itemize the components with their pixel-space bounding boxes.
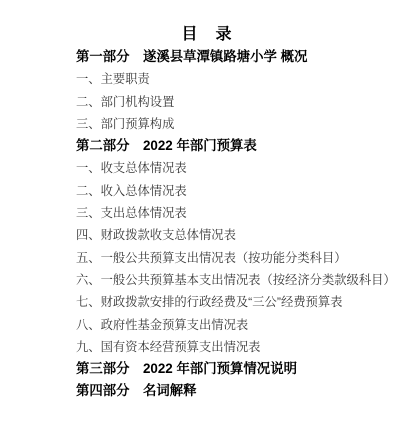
toc-section-heading: 第三部分 2022 年部门预算情况说明 <box>18 358 396 380</box>
toc-item: 九、国有资本经营预算支出情况表 <box>18 336 396 358</box>
toc-item: 一、收支总体情况表 <box>18 157 396 179</box>
document-page: 目 录 第一部分 遂溪县草潭镇路塘小学 概况一、主要职责二、部门机构设置三、部门… <box>0 0 408 423</box>
toc-list: 第一部分 遂溪县草潭镇路塘小学 概况一、主要职责二、部门机构设置三、部门预算构成… <box>18 46 396 403</box>
toc-section-heading: 第四部分 名词解释 <box>18 380 396 402</box>
page-title: 目 录 <box>18 25 396 44</box>
toc-item: 三、支出总体情况表 <box>18 202 396 224</box>
toc-section-heading: 第二部分 2022 年部门预算表 <box>18 135 396 157</box>
toc-item: 四、财政拨款收支总体情况表 <box>18 224 396 246</box>
toc-item: 六、一般公共预算基本支出情况表（按经济分类款级科目） <box>18 269 396 291</box>
toc-item: 一、主要职责 <box>18 68 396 90</box>
toc-item: 八、政府性基金预算支出情况表 <box>18 314 396 336</box>
toc-item: 二、部门机构设置 <box>18 91 396 113</box>
toc-item: 三、部门预算构成 <box>18 113 396 135</box>
toc-item: 二、收入总体情况表 <box>18 180 396 202</box>
toc-section-heading: 第一部分 遂溪县草潭镇路塘小学 概况 <box>18 46 396 68</box>
toc-item: 七、财政拨款安排的行政经费及“三公”经费预算表 <box>18 291 396 313</box>
toc-item: 五、一般公共预算支出情况表（按功能分类科目） <box>18 247 396 269</box>
